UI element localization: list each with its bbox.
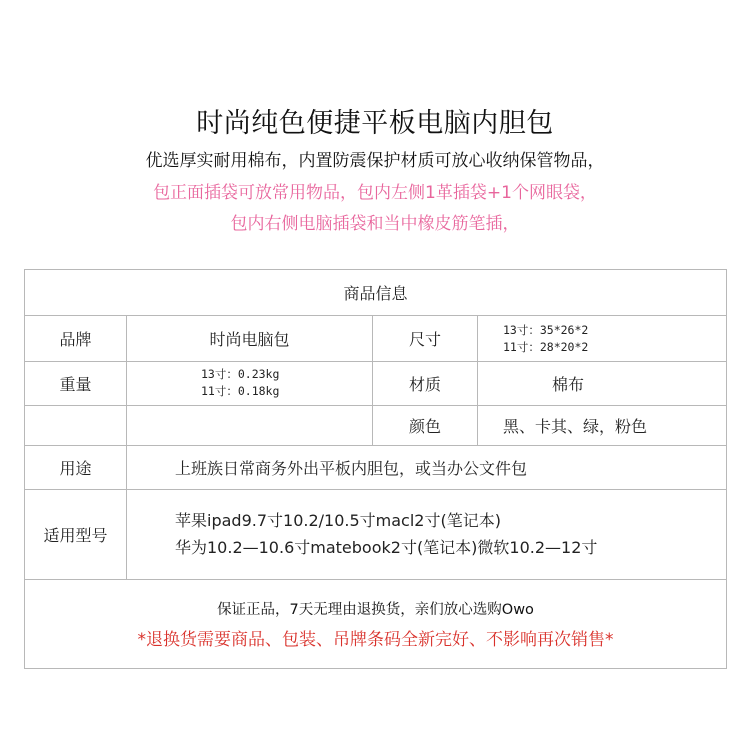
weight-value: 13寸：0.23kg 11寸：0.18kg [201,361,371,405]
material-label: 材质 [373,361,477,405]
usage-label: 用途 [25,445,126,489]
table-heading: 商品信息 [25,270,726,315]
product-info-table: 商品信息 品牌 时尚电脑包 尺寸 13寸：35*26*2 11寸：28*20*2… [24,269,727,669]
return-notice: *退换货需要商品、包装、吊牌条码全新完好、不影响再次销售* [138,625,614,650]
color-label: 颜色 [373,405,477,445]
weight-13inch: 13寸：0.23kg [201,366,279,383]
models-label: 适用型号 [25,489,126,579]
description-line-2: 包正面插袋可放常用物品，包内左侧1革插袋+1个网眼袋， [0,181,750,205]
description-line-1: 优选厚实耐用棉布，内置防震保护材质可放心收纳保管物品， [0,149,750,173]
policy-footer: 保证正品，7天无理由退换货，亲们放心选购Owo *退换货需要商品、包装、吊牌条码… [25,579,726,668]
size-label: 尺寸 [373,315,477,361]
product-title: 时尚纯色便捷平板电脑内胆包 [0,106,750,142]
size-11inch: 11寸：28*20*2 [503,339,588,356]
brand-label: 品牌 [25,315,126,361]
brand-value: 时尚电脑包 [127,315,372,361]
color-value: 黑、卡其、绿，粉色 [478,405,726,445]
material-value: 棉布 [478,361,658,405]
models-line-huawei: 华为10.2—10.6寸matebook2寸(笔记本)微软10.2—12寸 [175,534,597,561]
guarantee-text: 保证正品，7天无理由退换货，亲们放心选购Owo [217,598,534,619]
models-value: 苹果ipad9.7寸10.2/10.5寸macl2寸(笔记本) 华为10.2—1… [127,489,726,579]
models-line-apple: 苹果ipad9.7寸10.2/10.5寸macl2寸(笔记本) [175,507,501,534]
usage-value: 上班族日常商务外出平板内胆包，或当办公文件包 [127,445,726,489]
weight-label: 重量 [25,361,126,405]
size-value: 13寸：35*26*2 11寸：28*20*2 [503,315,723,361]
size-13inch: 13寸：35*26*2 [503,322,588,339]
weight-11inch: 11寸：0.18kg [201,383,279,400]
description-line-3: 包内右侧电脑插袋和当中橡皮筋笔插， [0,212,750,236]
